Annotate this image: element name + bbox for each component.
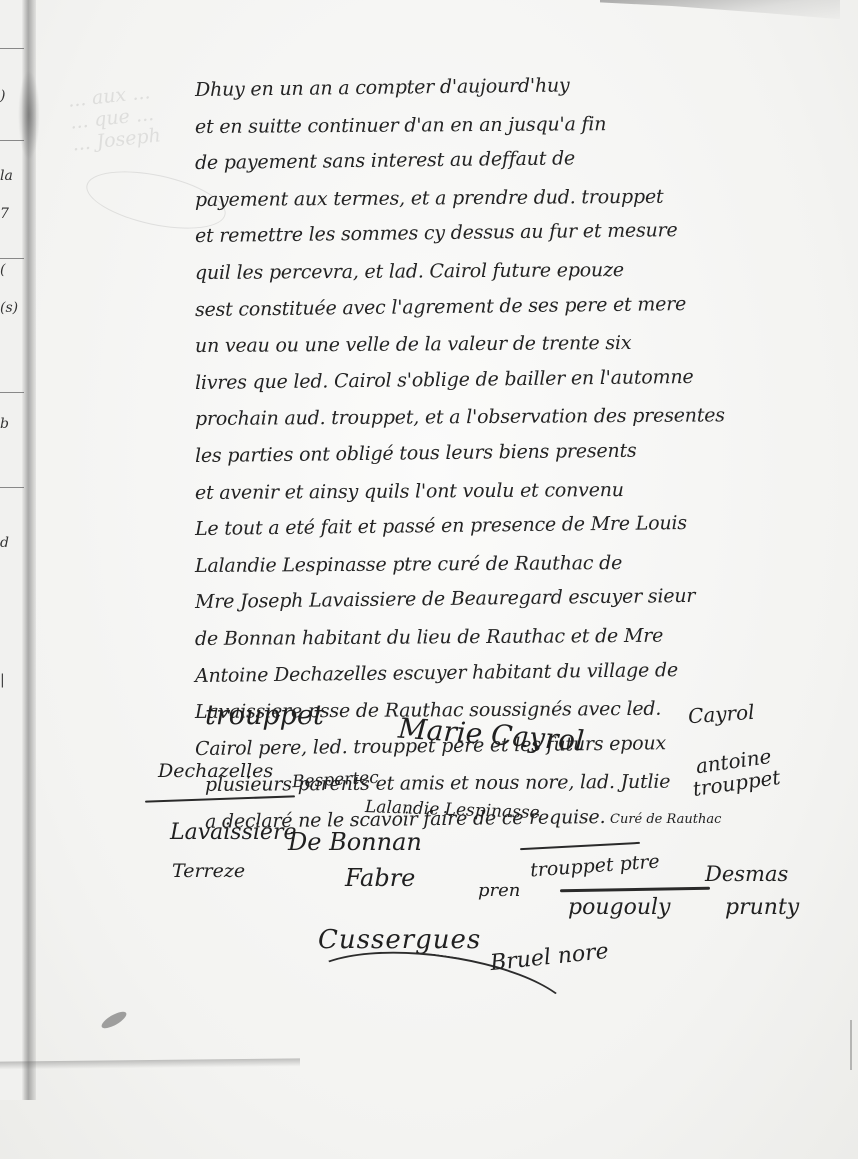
facing-page-edge: ) la 7 ( (s) b d | [0,0,24,1100]
signature-dechazelles: Dechazelles [158,760,273,782]
facing-page-fragment: (s) [0,300,24,316]
signature-cayrol: Cayrol [687,700,755,729]
signature-desmas: Desmas [705,862,788,886]
text-line: Le tout a eté fait et passé en presence … [195,503,835,547]
text-line: sest constituée avec l'agrement de ses p… [195,284,835,328]
facing-page-fragment: b [0,416,24,432]
facing-page-rule [0,392,24,393]
facing-page-fragment: la [0,168,24,184]
text-line: Dhuy en un an a compter d'aujourd'huy [195,64,835,108]
signature-pougouly: pougouly [568,895,670,920]
signature-lavaissiere: Lavaissiere [170,820,296,845]
text-line: Mre Joseph Lavaissiere de Beauregard esc… [195,576,835,620]
signature-pren: pren [478,880,520,901]
signature-fabre: Fabre [345,864,415,892]
gutter-shadow [18,70,40,160]
text-line: les parties ont obligé tous leurs biens … [195,430,835,474]
bleed-through-text: ... aux ... ... que ... ... Joseph [67,81,162,156]
facing-page-fragment: d [0,535,24,551]
signature-cure-rauthac: Curé de Rauthac [610,812,721,827]
text-line: et remettre les sommes cy dessus au fur … [195,211,835,255]
facing-page-fragment: 7 [0,206,24,222]
facing-page-fragment: | [0,672,24,688]
text-line: de payement sans interest au deffaut de [195,137,835,181]
signature-de-bonnan: De Bonnan [288,828,422,856]
facing-page-rule [0,258,24,259]
page-right-edge [850,1020,852,1070]
signature-terreze: Terreze [172,860,245,882]
facing-page-fragment: ( [0,262,24,278]
signature-trouppet: trouppet [205,700,324,731]
binding-gutter [22,0,36,1100]
facing-page-rule [0,487,24,488]
signature-prunty: prunty [725,895,799,920]
text-line: Antoine Dechazelles escuyer habitant du … [195,650,835,694]
text-line: livres que led. Cairol s'oblige de baill… [195,357,835,401]
signature-cussergues: Cussergues [318,925,481,955]
facing-page-rule [0,48,24,49]
